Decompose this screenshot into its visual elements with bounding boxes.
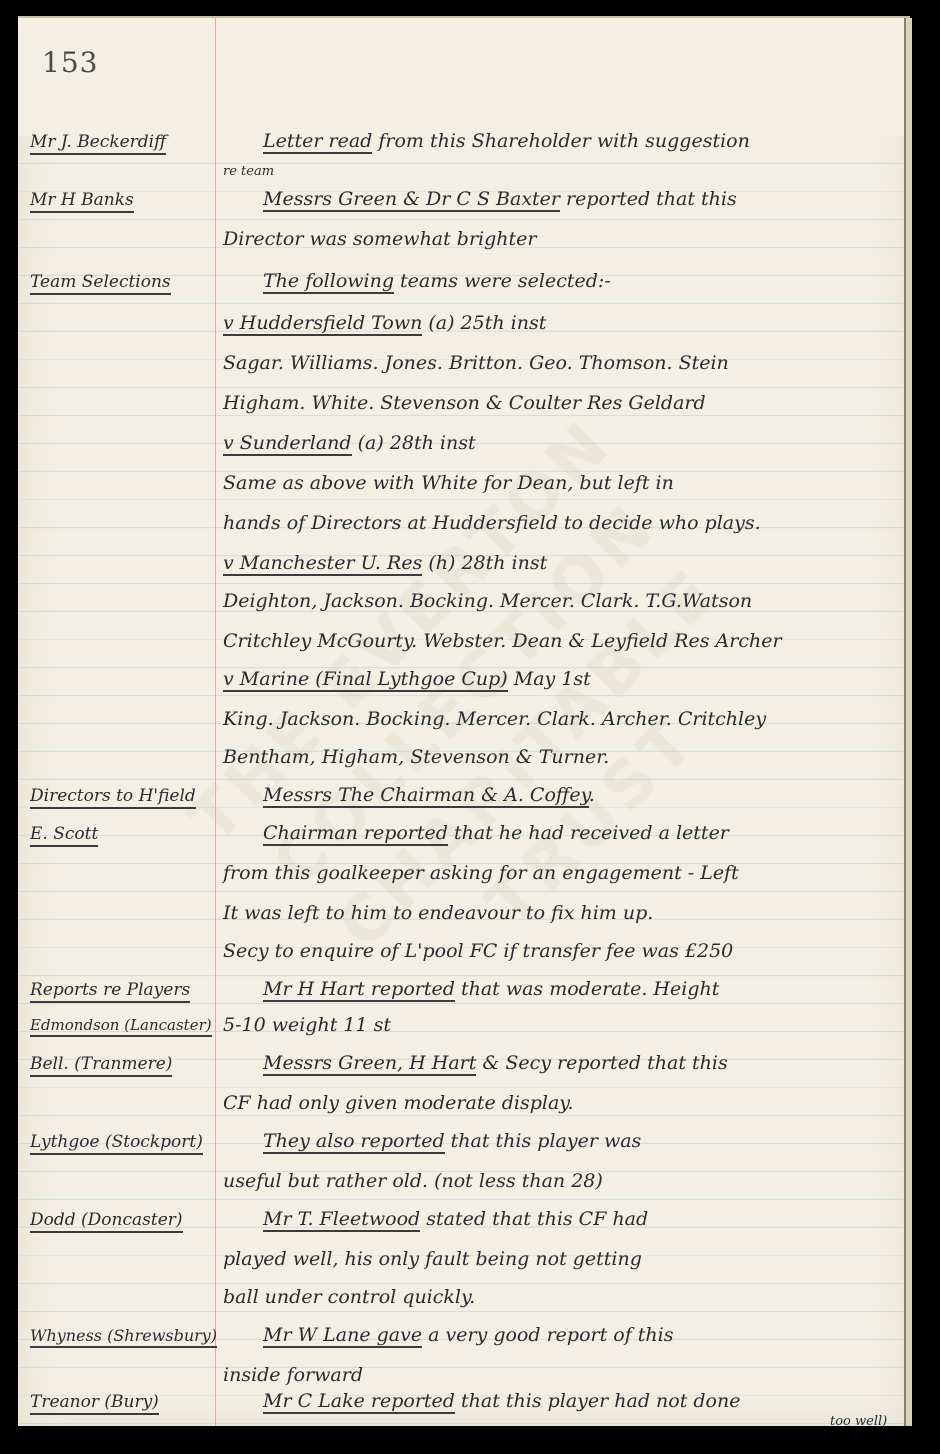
ledger-page: THE EVERTON COLLECTION CHARITABLE TRUST …	[18, 16, 910, 1426]
margin-label: Bell. (Tranmere)	[30, 1054, 172, 1077]
entry-line: re team	[223, 164, 274, 179]
team-line: hands of Directors at Huddersfield to de…	[223, 512, 761, 534]
margin-label: Directors to H'field	[30, 786, 196, 809]
fixture-line: v Huddersfield Town (a) 25th inst	[223, 312, 546, 334]
page-header-area	[18, 18, 910, 136]
entry-line: Messrs The Chairman & A. Coffey.	[263, 784, 595, 806]
margin-label: Edmondson (Lancaster)	[30, 1016, 212, 1037]
entry-line: Messrs Green & Dr C S Baxter reported th…	[263, 188, 737, 210]
team-line: Sagar. Williams. Jones. Britton. Geo. Th…	[223, 352, 729, 374]
entry-line: Director was somewhat brighter	[223, 228, 537, 250]
margin-label: Team Selections	[30, 272, 171, 295]
team-line: Deighton, Jackson. Bocking. Mercer. Clar…	[223, 590, 752, 612]
margin-label: Mr J. Beckerdiff	[30, 132, 166, 155]
entry-line: Mr T. Fleetwood stated that this CF had	[263, 1208, 648, 1230]
entry-line: ball under control quickly.	[223, 1286, 475, 1308]
entry-line: They also reported that this player was	[263, 1130, 641, 1152]
entry-line: played well, his only fault being not ge…	[223, 1248, 642, 1270]
team-line: Bentham, Higham, Stevenson & Turner.	[223, 746, 609, 768]
margin-label: Lythgoe (Stockport)	[30, 1132, 203, 1155]
entry-line: inside forward	[223, 1364, 363, 1386]
entry-line: from this goalkeeper asking for an engag…	[223, 862, 739, 884]
entry-line: Secy to enquire of L'pool FC if transfer…	[223, 940, 733, 962]
margin-rule	[215, 18, 216, 1426]
team-line: Critchley McGourty. Webster. Dean & Leyf…	[223, 630, 782, 652]
book-binding-edge	[904, 18, 912, 1426]
margin-label: Dodd (Doncaster)	[30, 1210, 183, 1233]
entry-line: useful but rather old. (not less than 28…	[223, 1170, 603, 1192]
entry-line: CF had only given moderate display.	[223, 1092, 574, 1114]
margin-label: E. Scott	[30, 824, 98, 847]
fixture-line: v Marine (Final Lythgoe Cup) May 1st	[223, 668, 591, 690]
entry-line: Mr H Hart reported that was moderate. He…	[263, 978, 719, 1000]
team-line: Same as above with White for Dean, but l…	[223, 472, 674, 494]
margin-label: Treanor (Bury)	[30, 1392, 159, 1415]
margin-label: Whyness (Shrewsbury)	[30, 1326, 217, 1348]
margin-label: Mr H Banks	[30, 190, 134, 213]
entry-line: Letter read from this Shareholder with s…	[263, 130, 750, 152]
fixture-line: v Manchester U. Res (h) 28th inst	[223, 552, 547, 574]
entry-line: 5-10 weight 11 st	[223, 1014, 391, 1036]
margin-note: too well)	[830, 1414, 887, 1429]
margin-label: Reports re Players	[30, 980, 190, 1003]
entry-line: Messrs Green, H Hart & Secy reported tha…	[263, 1052, 728, 1074]
fixture-line: v Sunderland (a) 28th inst	[223, 432, 476, 454]
entry-line: It was left to him to endeavour to fix h…	[223, 902, 653, 924]
page-number: 153	[42, 46, 98, 79]
entry-line: Mr W Lane gave a very good report of thi…	[263, 1324, 673, 1346]
team-line: King. Jackson. Bocking. Mercer. Clark. A…	[223, 708, 766, 730]
entry-line: The following teams were selected:-	[263, 270, 611, 292]
entry-line: Mr C Lake reported that this player had …	[263, 1390, 740, 1412]
entry-line: Chairman reported that he had received a…	[263, 822, 729, 844]
team-line: Higham. White. Stevenson & Coulter Res G…	[223, 392, 706, 414]
